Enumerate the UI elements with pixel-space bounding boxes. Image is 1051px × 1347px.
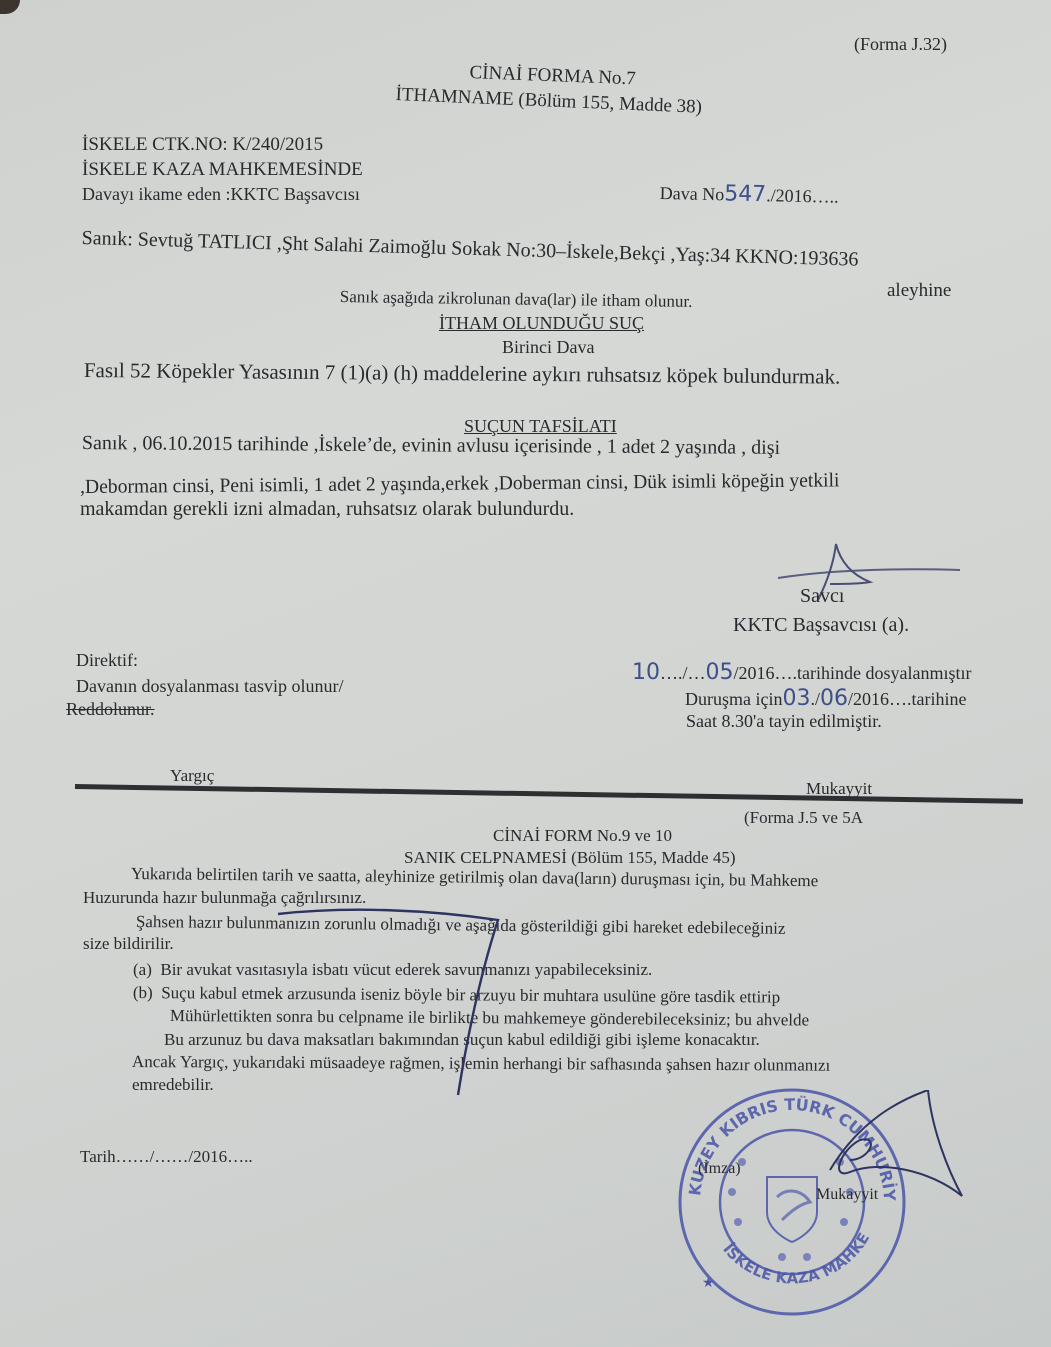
item-b-marker: (b) — [133, 983, 153, 1002]
hearing-month-handwritten: 06 — [820, 686, 848, 711]
summons-subtitle: SANIK CELPNAMESİ (Bölüm 155, Madde 45) — [404, 848, 736, 868]
hearing-time: Saat 8.30'a tayin edilmiştir. — [686, 711, 882, 732]
ctk-number: İSKELE CTK.NO: K/240/2015 — [82, 134, 323, 156]
summons-p3-line2: emredebilir. — [132, 1075, 214, 1095]
charge-heading: İTHAM OLUNDUĞU SUÇ — [439, 313, 644, 334]
case-number: Dava No547./2016….. — [659, 180, 838, 209]
charge-case-label: Birinci Dava — [502, 337, 594, 358]
form-title: CİNAİ FORMA No.7 — [469, 62, 636, 90]
hearing-day-handwritten: 03 — [782, 686, 810, 711]
summons-sign-label: (İmza) — [698, 1160, 741, 1178]
filing-date: 10…./…05/2016….tarihinde dosyalanmıştır — [632, 660, 971, 685]
defendant-line: Sanık: Sevtuğ TATLICI ,Şht Salahi Zaimoğ… — [81, 227, 858, 272]
form-code: (Forma J.32) — [854, 34, 947, 55]
summons-date-line: Tarih……/……/2016….. — [80, 1147, 253, 1167]
case-number-handwritten: 547 — [724, 181, 767, 207]
directive-label: Direktif: — [76, 650, 138, 671]
case-number-label: Dava No — [660, 183, 725, 204]
summons-p2-line2: size bildirilir. — [83, 934, 174, 954]
directive-rejected-struck: Reddolunur. — [66, 699, 155, 720]
details-line-2: ,Deborman cinsi, Peni isimli, 1 adet 2 y… — [80, 469, 840, 499]
filing-separator: …./… — [660, 663, 706, 683]
item-a-marker: (a) — [133, 960, 152, 979]
photo-corner-shadow — [0, 0, 20, 14]
judge-label: Yargıç — [170, 766, 214, 786]
seal-star-icon: ★ — [702, 1275, 715, 1291]
hearing-prefix: Duruşma için — [685, 689, 782, 709]
directive-approved: Davanın dosyalanması tasvip olunur/ — [76, 676, 343, 697]
hearing-date: Duruşma için03./06/2016….tarihine — [685, 686, 966, 711]
summons-form-code: (Forma J.5 ve 5A — [744, 808, 863, 828]
prosecutor-office: KKTC Başsavcısı (a). — [733, 614, 909, 637]
details-line-1: Sanık , 06.10.2015 tarihinde ,İskele’de,… — [82, 432, 780, 460]
case-number-year: ./2016….. — [766, 185, 839, 207]
court-name: İSKELE KAZA MAHKEMESİNDE — [82, 159, 363, 181]
charge-text: Fasıl 52 Köpekler Yasasının 7 (1)(a) (h)… — [84, 358, 841, 390]
section-divider — [75, 784, 1023, 804]
filed-suffix: /2016….tarihinde dosyalanmıştır — [734, 663, 972, 683]
summons-title: CİNAİ FORM No.9 ve 10 — [493, 826, 672, 846]
details-line-3: makamdan gerekli izni almadan, ruhsatsız… — [80, 498, 574, 521]
summons-registrar-label: Mukayyit — [816, 1186, 878, 1204]
registrar-label: Mukayyit — [806, 779, 872, 799]
filed-day-handwritten: 10 — [632, 660, 660, 685]
defendant-suffix: aleyhine — [887, 280, 951, 302]
prosecutor-title: Savcı — [800, 585, 844, 608]
filed-month-handwritten: 05 — [706, 660, 734, 685]
charge-intro: Sanık aşağıda zikrolunan dava(lar) ile i… — [340, 287, 693, 312]
pen-strike-mark — [270, 900, 510, 1100]
hearing-suffix: /2016….tarihine — [848, 689, 966, 709]
plaintiff: Davayı ikame eden :KKTC Başsavcısı — [82, 184, 360, 205]
form-subtitle: İTHAMNAME (Bölüm 155, Madde 38) — [395, 84, 702, 119]
